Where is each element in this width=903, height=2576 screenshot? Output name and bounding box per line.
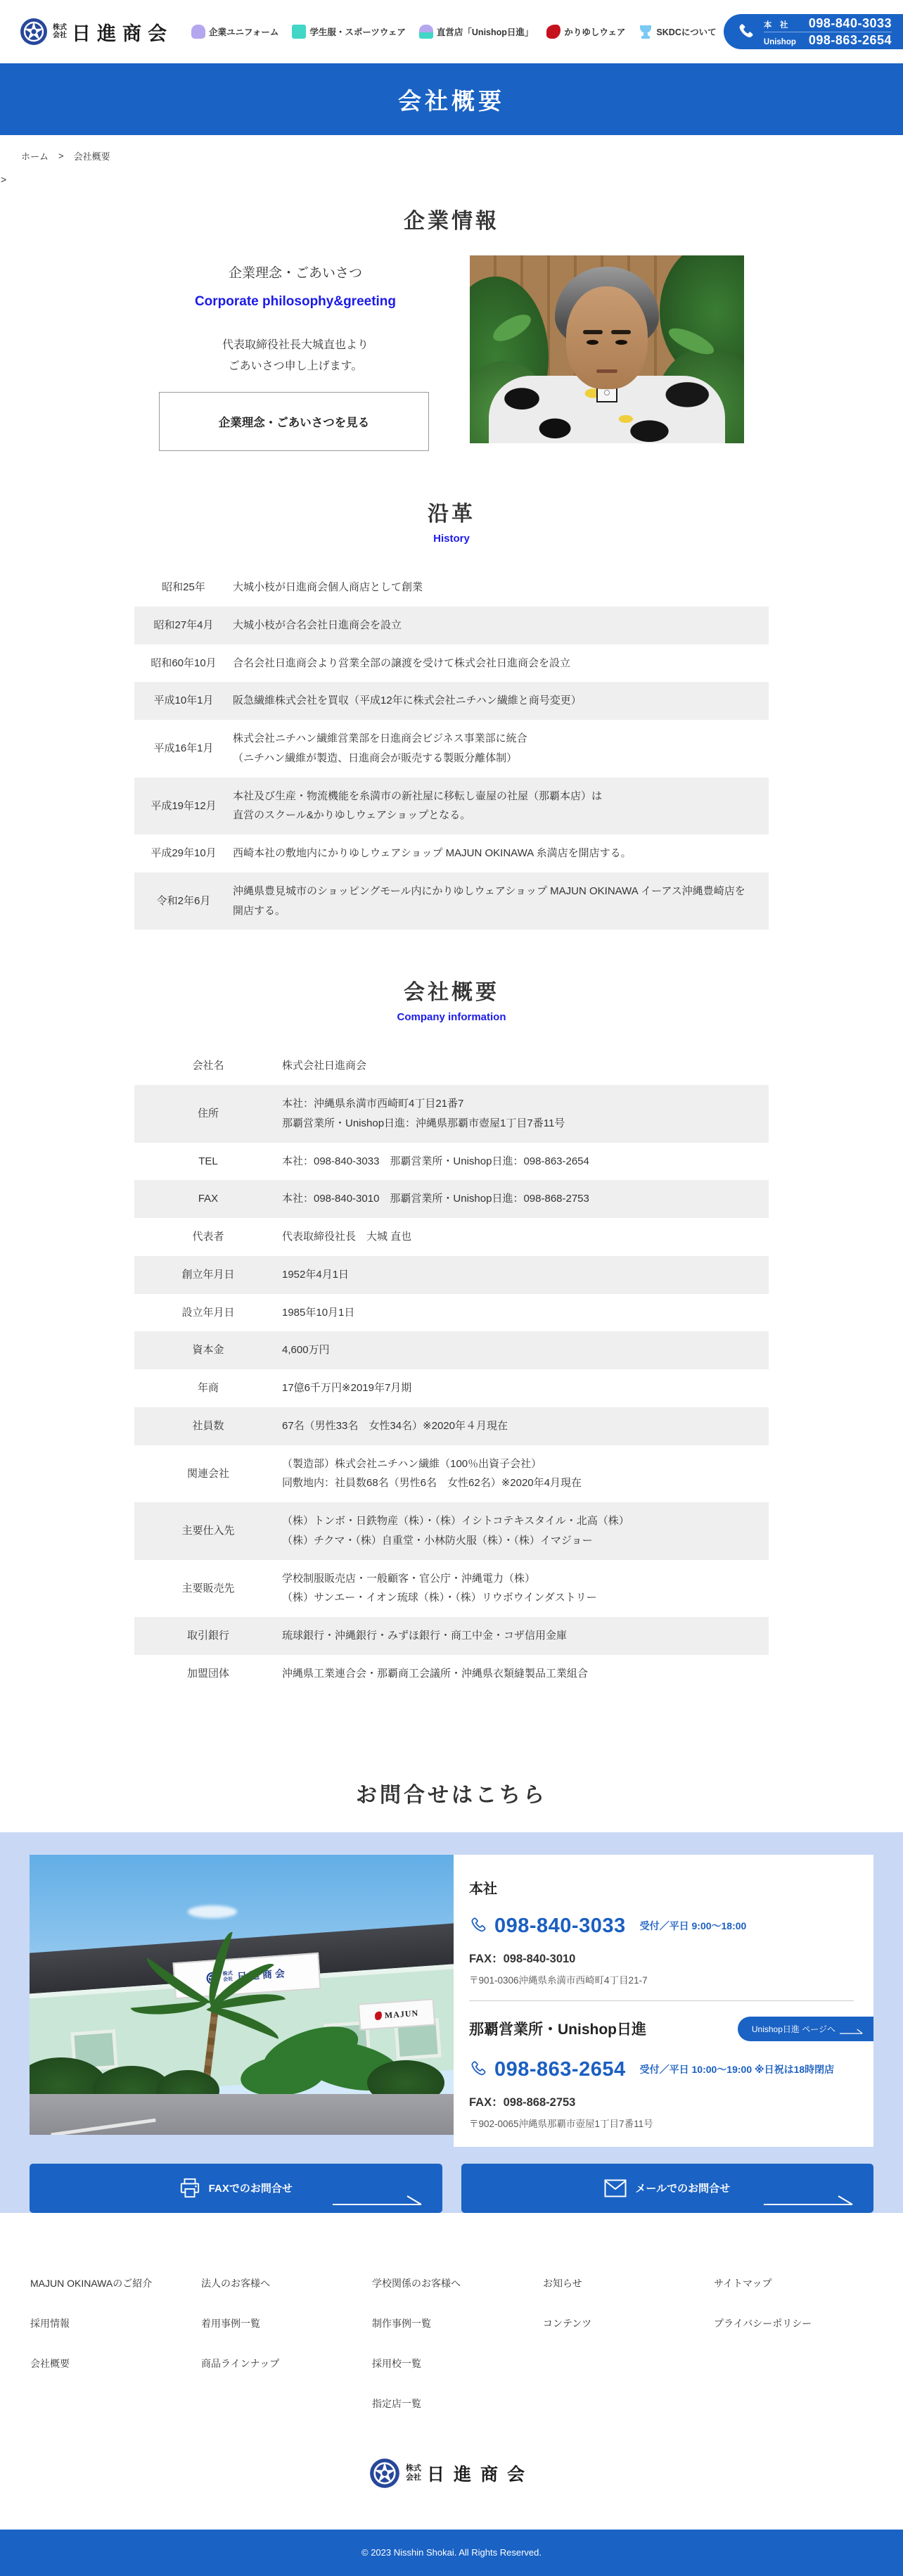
overview-row: 住所 本社：沖縄県糸満市西崎町4丁目21番7 那覇営業所・Unishop日進：沖… (134, 1085, 769, 1143)
history-description: 大城小枝が日進商会個人商店として創業 (233, 578, 769, 597)
history-year: 平成10年1月 (134, 691, 233, 711)
footer-link-columns: MAJUN OKINAWAのご紹介採用情報会社概要 法人のお客様へ着用事例一覧商… (0, 2276, 903, 2437)
contact-panel: 株式 会社 日進商会 MAJUN (0, 1832, 903, 2213)
overview-value: 代表取締役社長 大城 直也 (282, 1227, 769, 1247)
mail-envelope-icon (604, 2179, 627, 2197)
history-row: 昭和25年 大城小枝が日進商会個人商店として創業 (134, 569, 769, 607)
overview-label: 主要販売先 (134, 1579, 282, 1599)
overview-row: 取引銀行 琉球銀行・沖縄銀行・みずほ銀行・商工中金・コザ信用金庫 (134, 1617, 769, 1655)
footer-column-sitemap: サイトマッププライバシーポリシー (714, 2276, 812, 2437)
footer-link[interactable]: サイトマップ (714, 2276, 812, 2290)
history-description: 合名会社日進商会より営業全部の譲渡を受けて株式会社日進商会を設立 (233, 654, 769, 673)
history-row: 平成16年1月 株式会社ニチハン繊維営業部を日進商会ビジネス事業部に統合 （ニチ… (134, 720, 769, 778)
footer-link[interactable]: 法人のお客様へ (201, 2276, 372, 2290)
phone-icon (469, 2060, 487, 2079)
overview-label: 取引銀行 (134, 1626, 282, 1646)
overview-row: 創立年月日 1952年4月1日 (134, 1256, 769, 1294)
fax-printer-icon (179, 2178, 200, 2199)
contact-title: お問合せはこちら (0, 1777, 903, 1808)
naha-office-name: 那覇営業所・Unishop日進 (469, 2018, 646, 2039)
head-office-address: 〒901-0306沖縄県糸満市西崎町4丁目21-7 (469, 1972, 854, 1986)
footer-column-news: お知らせコンテンツ (543, 2276, 714, 2437)
overview-label: 創立年月日 (134, 1265, 282, 1285)
overview-row: 資本金 4,600万円 (134, 1331, 769, 1369)
corporate-info-text: 企業理念・ごあいさつ Corporate philosophy&greeting… (159, 255, 432, 451)
overview-value: 学校制服販売店・一般顧客・官公庁・沖縄電力（株） （株）サンエー・イオン琉球（株… (282, 1569, 769, 1609)
head-office-photo: 株式 会社 日進商会 MAJUN (30, 1855, 454, 2135)
overview-value: （製造部）株式会社ニチハン繊維（100％出資子会社） 同敷地内：社員数68名（男… (282, 1454, 769, 1494)
fax-contact-label: FAXでのお問合せ (209, 2181, 293, 2195)
contact-cta-row: FAXでのお問合せ メールでのお問合せ (30, 2164, 873, 2213)
overview-value: 本社：沖縄県糸満市西崎町4丁目21番7 那覇営業所・Unishop日進：沖縄県那… (282, 1094, 769, 1134)
arrow-icon (333, 2195, 424, 2206)
parking-lot (30, 2094, 454, 2135)
footer-link[interactable]: 採用校一覧 (372, 2356, 543, 2371)
naha-office-tel-note: 受付／平日 10:00～19:00 ※日祝は18時閉店 (640, 2062, 835, 2076)
header-nav-item[interactable]: 企業ユニフォーム (191, 25, 278, 39)
mail-contact-button[interactable]: メールでのお問合せ (461, 2164, 874, 2213)
nav-item-icon (292, 25, 306, 39)
company-overview-section: 会社概要 Company information 会社名 株式会社日進商会 住所… (0, 975, 903, 1692)
overview-value: 1985年10月1日 (282, 1303, 769, 1323)
breadcrumb: ホーム > 会社概要 (0, 135, 903, 163)
corporate-info-title: 企業情報 (0, 203, 903, 234)
footer-column-school: 学校関係のお客様へ制作事例一覧採用校一覧指定店一覧 (372, 2276, 543, 2437)
history-description: 本社及び生産・物流機能を糸満市の新社屋に移転し壷屋の社屋（那覇本店）は 直営のス… (233, 787, 769, 826)
naha-office-tel-row: 098-863-2654 受付／平日 10:00～19:00 ※日祝は18時閉店 (469, 2058, 854, 2081)
footer-column-majun: MAJUN OKINAWAのご紹介採用情報会社概要 (30, 2276, 201, 2437)
footer-column-corporate: 法人のお客様へ着用事例一覧商品ラインナップ (201, 2276, 372, 2437)
footer-link[interactable]: プライバシーポリシー (714, 2316, 812, 2330)
overview-label: 設立年月日 (134, 1303, 282, 1323)
history-title: 沿革 (0, 496, 903, 527)
head-office-fax: FAX：098-840-3010 (469, 1949, 854, 1966)
history-row: 令和2年6月 沖縄県豊見城市のショッピングモール内にかりゆしウェアショップ MA… (134, 873, 769, 930)
overview-label: FAX (134, 1189, 282, 1209)
overview-label: 代表者 (134, 1227, 282, 1247)
history-description: 阪急繊維株式会社を買収（平成12年に株式会社ニチハン繊維と商号変更） (233, 691, 769, 711)
overview-label: 主要仕入先 (134, 1521, 282, 1541)
overview-row: 会社名 株式会社日進商会 (134, 1047, 769, 1085)
majun-mark-icon (374, 2011, 382, 2020)
history-year: 平成19年12月 (134, 797, 233, 816)
site-header: 株式 会社 日進商会 企業ユニフォーム 学生服・スポーツウェア 直営店「Unis… (0, 0, 903, 63)
overview-row: 加盟団体 沖縄県工業連合会・那覇商工会議所・沖縄県衣類縫製品工業組合 (134, 1655, 769, 1693)
footer-link[interactable]: 指定店一覧 (372, 2397, 543, 2411)
overview-value: 4,600万円 (282, 1340, 769, 1360)
history-section: 沿革 History 昭和25年 大城小枝が日進商会個人商店として創業 昭和27… (0, 496, 903, 929)
sign-company-prefix: 株式 会社 (223, 1971, 233, 1982)
nav-item-label: SKDCについて (656, 25, 716, 38)
overview-value: 本社：098-840-3010 那覇営業所・Unishop日進：098-868-… (282, 1189, 769, 1209)
corporate-info-section: 企業情報 企業理念・ごあいさつ Corporate philosophy&gre… (0, 203, 903, 451)
ceo-face (566, 286, 648, 389)
overview-label: 関連会社 (134, 1464, 282, 1484)
footer-link[interactable]: 学校関係のお客様へ (372, 2276, 543, 2290)
overview-value: 1952年4月1日 (282, 1265, 769, 1285)
nav-item-label: かりゆしウェア (564, 25, 625, 38)
overview-value: 本社：098-840-3033 那覇営業所・Unishop日進：098-863-… (282, 1152, 769, 1172)
history-row: 平成29年10月 西崎本社の敷地内にかりゆしウェアショップ MAJUN OKIN… (134, 835, 769, 873)
site-logo[interactable]: 株式 会社 日進商会 (20, 18, 173, 46)
breadcrumb-home[interactable]: ホーム (21, 149, 49, 163)
history-description: 大城小枝が合名会社日進商会を設立 (233, 616, 769, 635)
footer-link[interactable]: MAJUN OKINAWAのご紹介 (30, 2276, 201, 2290)
overview-row: 代表者 代表取締役社長 大城 直也 (134, 1218, 769, 1256)
overview-row: 関連会社 （製造部）株式会社ニチハン繊維（100％出資子会社） 同敷地内：社員数… (134, 1445, 769, 1503)
cloud-decoration (188, 1905, 237, 1918)
nav-item-icon (546, 25, 561, 39)
header-nav-item[interactable]: 学生服・スポーツウェア (292, 25, 406, 39)
phone-box-rows: 本 社 098-840-3033 Unishop 098-863-2654 (764, 15, 892, 49)
company-logo-icon (20, 18, 48, 46)
history-row: 平成19年12月 本社及び生産・物流機能を糸満市の新社屋に移転し壷屋の社屋（那覇… (134, 778, 769, 835)
history-year: 平成16年1月 (134, 739, 233, 759)
head-office-name: 本社 (469, 1877, 854, 1898)
overview-label: 加盟団体 (134, 1664, 282, 1684)
history-table: 昭和25年 大城小枝が日進商会個人商店として創業 昭和27年4月 大城小枝が合名… (134, 569, 769, 929)
phone-number[interactable]: 098-863-2654 (809, 33, 892, 48)
naha-office-tel[interactable]: 098-863-2654 (494, 2058, 626, 2081)
copyright-text: © 2023 Nisshin Shokai. All Rights Reserv… (361, 2547, 542, 2558)
history-row: 昭和60年10月 合名会社日進商会より営業全部の譲渡を受けて株式会社日進商会を設… (134, 645, 769, 683)
footer-link[interactable]: お知らせ (543, 2276, 714, 2290)
unishop-page-button-label: Unishop日進 ページへ (752, 2023, 835, 2035)
ceo-photo (470, 255, 744, 443)
overview-row: 年商 17億6千万円※2019年7月期 (134, 1369, 769, 1407)
phone-icon (469, 1917, 487, 1935)
overview-row: 社員数 67名（男性33名 女性34名）※2020年４月現在 (134, 1407, 769, 1445)
unishop-page-button[interactable]: Unishop日進 ページへ (738, 2017, 873, 2041)
philosophy-button[interactable]: 企業理念・ごあいさつを見る (159, 392, 429, 451)
nav-item-icon (419, 25, 433, 39)
phone-row-honsha: 本 社 098-840-3033 (764, 15, 892, 32)
naha-office-fax: FAX：098-868-2753 (469, 2093, 854, 2109)
overview-row: TEL 本社：098-840-3033 那覇営業所・Unishop日進：098-… (134, 1143, 769, 1181)
footer-logo-name: 日進商会 (427, 2461, 534, 2486)
hero-banner: 会社概要 (0, 63, 903, 135)
history-row: 昭和27年4月 大城小枝が合名会社日進商会を設立 (134, 607, 769, 645)
header-nav-item[interactable]: かりゆしウェア (546, 25, 625, 39)
philosophy-subtitle-jp: 企業理念・ごあいさつ (159, 262, 432, 281)
footer-link[interactable]: 会社概要 (30, 2356, 201, 2371)
company-logo-icon (369, 2458, 400, 2489)
overview-value: 17億6千万円※2019年7月期 (282, 1378, 769, 1398)
overview-value: 沖縄県工業連合会・那覇商工会議所・沖縄県衣類縫製品工業組合 (282, 1664, 769, 1684)
nav-item-label: 学生服・スポーツウェア (309, 25, 406, 38)
overview-row: 主要販売先 学校制服販売店・一般顧客・官公庁・沖縄電力（株） （株）サンエー・イ… (134, 1560, 769, 1618)
phone-number[interactable]: 098-840-3033 (809, 16, 892, 31)
header-nav-item[interactable]: 直営店「Unishop日進」 (419, 25, 534, 39)
overview-value: 67名（男性33名 女性34名）※2020年４月現在 (282, 1416, 769, 1436)
overview-label: 住所 (134, 1104, 282, 1124)
footer-link[interactable]: コンテンツ (543, 2316, 714, 2330)
site-footer: MAJUN OKINAWAのご紹介採用情報会社概要 法人のお客様へ着用事例一覧商… (0, 2213, 903, 2576)
overview-row: 設立年月日 1985年10月1日 (134, 1294, 769, 1332)
history-subtitle-en: History (0, 533, 903, 545)
arrow-icon (764, 2195, 855, 2206)
page: 株式 会社 日進商会 企業ユニフォーム 学生服・スポーツウェア 直営店「Unis… (0, 0, 903, 2576)
nav-item-icon (639, 25, 653, 39)
phone-row-unishop: Unishop 098-863-2654 (764, 32, 892, 49)
overview-label: 会社名 (134, 1056, 282, 1076)
header-nav-item[interactable]: SKDCについて (639, 25, 716, 39)
phone-label: Unishop (764, 38, 802, 46)
mail-contact-label: メールでのお問合せ (635, 2181, 730, 2195)
header-phone-box: 本 社 098-840-3033 Unishop 098-863-2654 (724, 14, 903, 49)
page-title: 会社概要 (398, 83, 505, 116)
breadcrumb-current: 会社概要 (74, 149, 110, 163)
naha-office-address: 〒902-0065沖縄県那覇市壺屋1丁目7番11号 (469, 2116, 854, 2130)
card-divider (469, 2000, 854, 2001)
footer-link[interactable]: 商品ラインナップ (201, 2356, 372, 2371)
company-overview-title: 会社概要 (0, 975, 903, 1005)
history-year: 昭和27年4月 (134, 616, 233, 635)
overview-label: 社員数 (134, 1416, 282, 1436)
footer-link[interactable]: 採用情報 (30, 2316, 201, 2330)
footer-link[interactable]: 着用事例一覧 (201, 2316, 372, 2330)
contact-card: 本社 098-840-3033 受付／平日 9:00～18:00 FAX：098… (454, 1855, 873, 2147)
majun-sign-text: MAJUN (384, 2007, 418, 2020)
overview-label: TEL (134, 1152, 282, 1172)
overview-label: 資本金 (134, 1340, 282, 1360)
head-office-tel[interactable]: 098-840-3033 (494, 1915, 626, 1938)
breadcrumb-separator: > (58, 151, 64, 161)
history-row: 平成10年1月 阪急繊維株式会社を買収（平成12年に株式会社ニチハン繊維と商号変… (134, 682, 769, 720)
fax-contact-button[interactable]: FAXでのお問合せ (30, 2164, 442, 2213)
logo-company-prefix: 株式 会社 (53, 24, 67, 40)
philosophy-subtitle-en: Corporate philosophy&greeting (159, 294, 432, 310)
history-year: 昭和25年 (134, 578, 233, 597)
nav-item-icon (191, 25, 205, 39)
overview-label: 年商 (134, 1378, 282, 1398)
philosophy-body: 代表取締役社長大城直也より ごあいさつ申し上げます。 (159, 335, 432, 376)
history-description: 株式会社ニチハン繊維営業部を日進商会ビジネス事業部に統合 （ニチハン繊維が製造、… (233, 729, 769, 768)
company-overview-table: 会社名 株式会社日進商会 住所 本社：沖縄県糸満市西崎町4丁目21番7 那覇営業… (134, 1047, 769, 1692)
overview-value: 琉球銀行・沖縄銀行・みずほ銀行・商工中金・コザ信用金庫 (282, 1626, 769, 1646)
arrow-icon (840, 2028, 864, 2035)
footer-logo[interactable]: 株式 会社 日進商会 (0, 2458, 903, 2489)
overview-row: 主要仕入先 （株）トンボ・日鉄物産（株）・（株）イシトコテキスタイル・北高（株）… (134, 1502, 769, 1560)
overview-value: （株）トンボ・日鉄物産（株）・（株）イシトコテキスタイル・北高（株） （株）チク… (282, 1511, 769, 1551)
stray-gt-text: > (1, 174, 903, 185)
history-year: 昭和60年10月 (134, 654, 233, 673)
overview-row: FAX 本社：098-840-3010 那覇営業所・Unishop日進：098-… (134, 1180, 769, 1218)
nav-item-label: 企業ユニフォーム (209, 25, 278, 38)
nav-item-label: 直営店「Unishop日進」 (437, 25, 534, 38)
overview-value: 株式会社日進商会 (282, 1056, 769, 1076)
company-overview-subtitle-en: Company information (0, 1011, 903, 1023)
phone-icon (736, 23, 755, 42)
history-description: 沖縄県豊見城市のショッピングモール内にかりゆしウェアショップ MAJUN OKI… (233, 882, 769, 921)
history-description: 西崎本社の敷地内にかりゆしウェアショップ MAJUN OKINAWA 糸満店を開… (233, 844, 769, 863)
head-office-tel-row: 098-840-3033 受付／平日 9:00～18:00 (469, 1915, 854, 1938)
phone-label: 本 社 (764, 19, 802, 30)
footer-link[interactable]: 制作事例一覧 (372, 2316, 543, 2330)
logo-company-name: 日進商会 (72, 18, 173, 46)
history-year: 令和2年6月 (134, 892, 233, 911)
contact-section: お問合せはこちら (0, 1777, 903, 2213)
building-majun-sign: MAJUN (358, 1998, 435, 2030)
history-year: 平成29年10月 (134, 844, 233, 863)
copyright-bar: © 2023 Nisshin Shokai. All Rights Reserv… (0, 2530, 903, 2576)
footer-logo-prefix: 株式 会社 (406, 2464, 421, 2482)
head-office-tel-note: 受付／平日 9:00～18:00 (640, 1919, 747, 1933)
